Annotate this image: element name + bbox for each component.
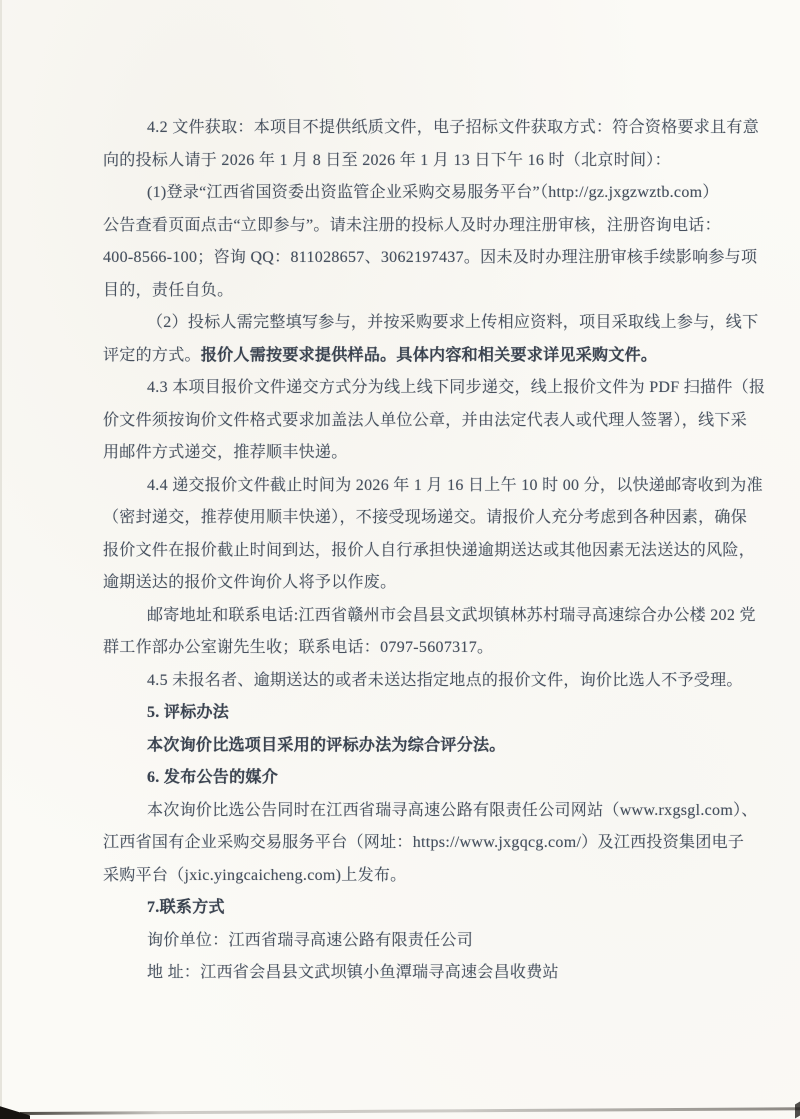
doc-text: （2）投标人需完整填写参与，并按采购要求上传相应资料，项目采取线上参与，线下 — [147, 314, 758, 331]
doc-line: 江西省国有企业采购交易服务平台（网址：https://www.jxgqcg.co… — [103, 827, 703, 860]
doc-line: 公告查看页面点击“立即参与”。请未注册的投标人及时办理注册审核，注册咨询电话： — [103, 210, 703, 243]
doc-text: 群工作部办公室谢先生收；联系电话：0797-5607317。 — [103, 639, 493, 656]
doc-line: 4.3 本项目报价文件递交方式分为线上线下同步递交，线上报价文件为 PDF 扫描… — [103, 372, 703, 405]
doc-line: 目的，责任自负。 — [103, 275, 703, 308]
doc-text-bold: 报价人需按要求提供样品。具体内容和相关要求详见采购文件。 — [201, 347, 657, 364]
doc-line: 询价单位：江西省瑞寻高速公路有限责任公司 — [103, 925, 703, 958]
doc-text: （密封递交，推荐使用顺丰快递），不接受现场递交。请报价人充分考虑到各种因素，确保 — [103, 509, 747, 526]
doc-line: 4.2 文件获取：本项目不提供纸质文件，电子招标文件获取方式：符合资格要求且有意 — [103, 112, 703, 145]
doc-line: 报价文件在报价截止时间到达，报价人自行承担快递逾期送达或其他因素无法送达的风险， — [103, 535, 703, 568]
doc-line: 6. 发布公告的媒介 — [103, 762, 703, 795]
doc-text: 逾期送达的报价文件询价人将予以作废。 — [103, 574, 396, 591]
doc-line: 邮寄地址和联系电话:江西省赣州市会昌县文武坝镇林苏村瑞寻高速综合办公楼 202 … — [103, 600, 703, 633]
doc-line: 本次询价比选公告同时在江西省瑞寻高速公路有限责任公司网站（www.rxgsgl.… — [103, 795, 703, 828]
doc-line: 用邮件方式递交，推荐顺丰快递。 — [103, 437, 703, 470]
doc-line: （2）投标人需完整填写参与，并按采购要求上传相应资料，项目采取线上参与，线下 — [103, 307, 703, 340]
doc-text-bold: 6. 发布公告的媒介 — [147, 769, 278, 786]
doc-text: 报价文件在报价截止时间到达，报价人自行承担快递逾期送达或其他因素无法送达的风险， — [103, 542, 755, 559]
doc-line: 4.4 递交报价文件截止时间为 2026 年 1 月 16 日上午 10 时 0… — [103, 470, 703, 503]
doc-text: 采购平台（jxic.yingcaicheng.com)上发布。 — [103, 867, 406, 884]
doc-text-bold: 5. 评标办法 — [147, 704, 229, 721]
doc-text-bold: 本次询价比选项目采用的评标办法为综合评分法。 — [147, 737, 506, 754]
doc-text: 目的，责任自负。 — [103, 282, 233, 299]
doc-line: 本次询价比选项目采用的评标办法为综合评分法。 — [103, 730, 703, 763]
doc-line: 向的投标人请于 2026 年 1 月 8 日至 2026 年 1 月 13 日下… — [103, 145, 703, 178]
doc-text: 地 址：江西省会昌县文武坝镇小鱼潭瑞寻高速会昌收费站 — [147, 964, 559, 981]
doc-line: 5. 评标办法 — [103, 697, 703, 730]
doc-line: 评定的方式。报价人需按要求提供样品。具体内容和相关要求详见采购文件。 — [103, 340, 703, 373]
doc-text-bold: 7.联系方式 — [147, 899, 225, 916]
doc-line: 采购平台（jxic.yingcaicheng.com)上发布。 — [103, 860, 703, 893]
doc-line: (1)登录“江西省国资委出资监管企业采购交易服务平台”（http://gz.jx… — [103, 177, 703, 210]
doc-text: 本次询价比选公告同时在江西省瑞寻高速公路有限责任公司网站（www.rxgsgl.… — [147, 802, 758, 819]
doc-text: 用邮件方式递交，推荐顺丰快递。 — [103, 444, 348, 461]
doc-text: 4.2 文件获取：本项目不提供纸质文件，电子招标文件获取方式：符合资格要求且有意 — [147, 119, 759, 136]
doc-text: 向的投标人请于 2026 年 1 月 8 日至 2026 年 1 月 13 日下… — [103, 152, 671, 169]
scan-bottom-edge — [20, 1107, 800, 1115]
doc-line: （密封递交，推荐使用顺丰快递），不接受现场递交。请报价人充分考虑到各种因素，确保 — [103, 502, 703, 535]
doc-text: 4.4 递交报价文件截止时间为 2026 年 1 月 16 日上午 10 时 0… — [147, 477, 763, 494]
doc-line: 400-8566-100；咨询 QQ：811028657、3062197437。… — [103, 242, 703, 275]
scanned-document-page: 4.2 文件获取：本项目不提供纸质文件，电子招标文件获取方式：符合资格要求且有意… — [0, 0, 800, 1119]
doc-line: 地 址：江西省会昌县文武坝镇小鱼潭瑞寻高速会昌收费站 — [103, 957, 703, 990]
doc-text: 公告查看页面点击“立即参与”。请未注册的投标人及时办理注册审核，注册咨询电话： — [103, 217, 721, 234]
doc-text: 评定的方式。 — [103, 347, 201, 364]
doc-text: 400-8566-100；咨询 QQ：811028657、3062197437。… — [103, 249, 757, 266]
document-text: 4.2 文件获取：本项目不提供纸质文件，电子招标文件获取方式：符合资格要求且有意… — [103, 112, 703, 990]
doc-line: 7.联系方式 — [103, 892, 703, 925]
doc-text: 价文件须按询价文件格式要求加盖法人单位公章，并由法定代表人或代理人签署），线下采 — [103, 412, 747, 429]
doc-text: (1)登录“江西省国资委出资监管企业采购交易服务平台”（http://gz.jx… — [147, 184, 719, 201]
doc-line: 群工作部办公室谢先生收；联系电话：0797-5607317。 — [103, 632, 703, 665]
doc-text: 4.5 未报名者、逾期送达的或者未送达指定地点的报价文件，询价比选人不予受理。 — [147, 672, 743, 689]
doc-text: 江西省国有企业采购交易服务平台（网址：https://www.jxgqcg.co… — [103, 834, 744, 851]
doc-text: 询价单位：江西省瑞寻高速公路有限责任公司 — [147, 932, 473, 949]
doc-line: 价文件须按询价文件格式要求加盖法人单位公章，并由法定代表人或代理人签署），线下采 — [103, 405, 703, 438]
scan-left-edge — [0, 0, 2, 1119]
scan-corner-right — [795, 1102, 800, 1119]
doc-text: 邮寄地址和联系电话:江西省赣州市会昌县文武坝镇林苏村瑞寻高速综合办公楼 202 … — [147, 607, 756, 624]
doc-line: 4.5 未报名者、逾期送达的或者未送达指定地点的报价文件，询价比选人不予受理。 — [103, 665, 703, 698]
doc-text: 4.3 本项目报价文件递交方式分为线上线下同步递交，线上报价文件为 PDF 扫描… — [147, 379, 765, 396]
doc-line: 逾期送达的报价文件询价人将予以作废。 — [103, 567, 703, 600]
